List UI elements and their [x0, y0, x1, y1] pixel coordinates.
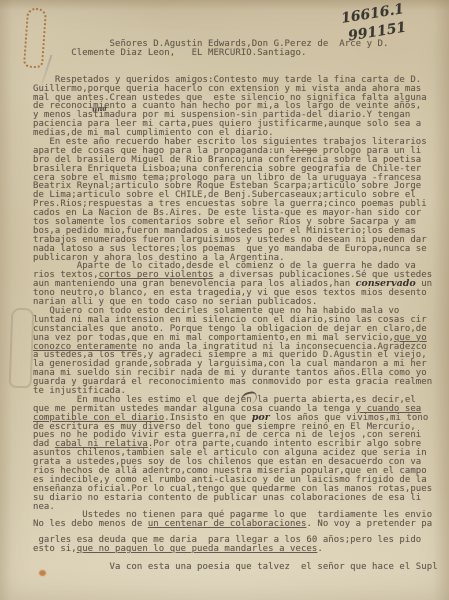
typewritten-text: No les debo menos de: [33, 519, 148, 529]
typewritten-text: su diario no estaria contento de publica…: [33, 493, 421, 503]
paperclip-rust-stain: [23, 7, 47, 68]
letter-line: esto si,que no paguen lo que pueda manda…: [33, 545, 449, 554]
struck-out-word: largo: [290, 146, 317, 156]
typewritten-text: . No voy a pretender pa: [306, 519, 432, 529]
underlined-text: un centenar de colaboraciones: [148, 519, 307, 529]
typewritten-text: Clemente Diaz Leon, EL MERCURIO.Santiago…: [33, 48, 306, 58]
typewritten-letter-body: Señores D.Agustin Edwards,Don G.Perez de…: [33, 40, 449, 572]
typewritten-text: esto si,: [33, 544, 77, 554]
letter-line: su diario no estaria contento de publica…: [33, 494, 449, 503]
letter-line: Va con esta una poesia que talvez el señ…: [33, 563, 449, 572]
letter-line: Clemente Diaz Leon, EL MERCURIO.Santiago…: [33, 49, 449, 58]
inserted-word-una: una: [92, 103, 107, 113]
letter-page: Señores D.Agustin Edwards,Don G.Perez de…: [0, 0, 449, 600]
orange-fleck: [39, 570, 46, 576]
paperclip-faint-stain: [9, 308, 35, 389]
underlined-text: que no paguen lo que pueda mandarles a v…: [77, 544, 318, 554]
typewritten-text: .: [317, 544, 322, 554]
letter-line: No les debo menos de un centenar de cola…: [33, 520, 449, 529]
typewritten-text: Va con esta una poesia que talvez el señ…: [33, 562, 438, 572]
